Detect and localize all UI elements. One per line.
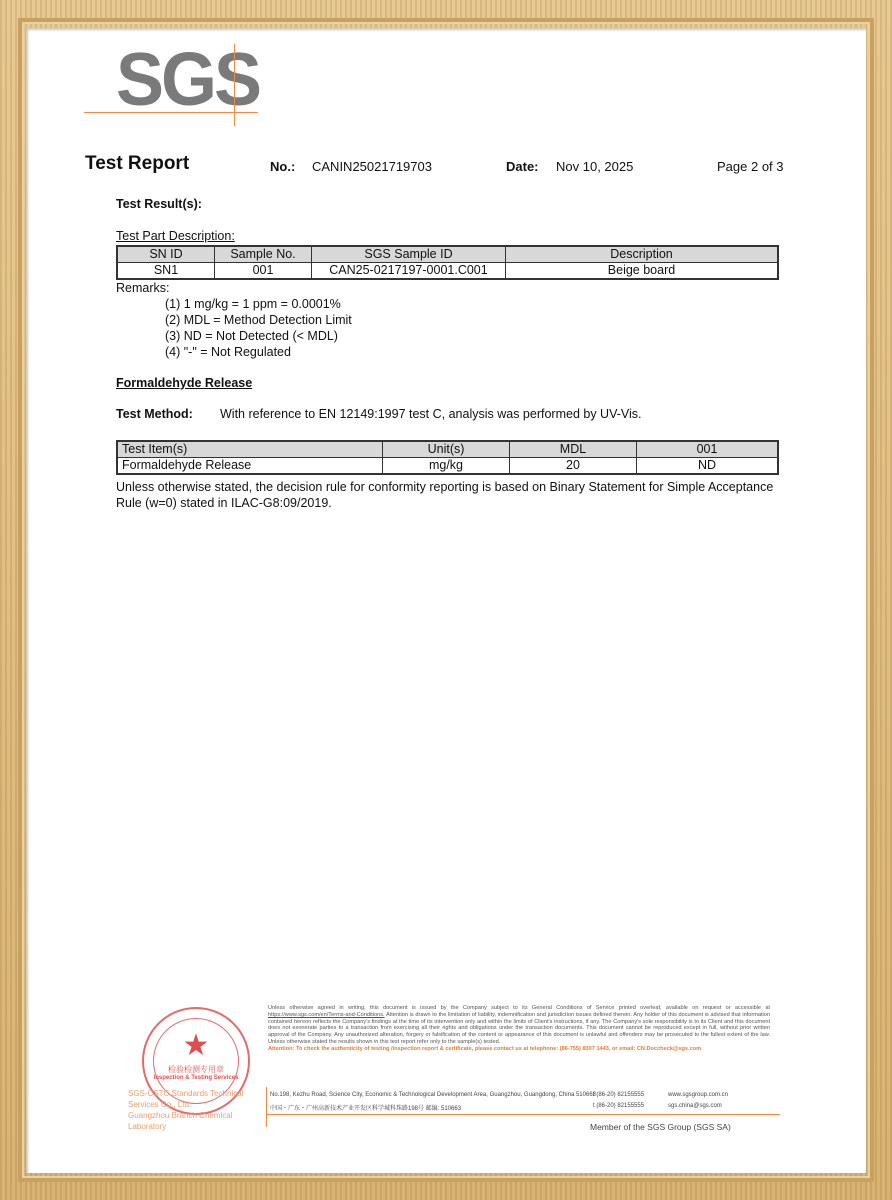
terms-link[interactable]: https://www.sgs.com/en/Terms-and-Conditi… xyxy=(268,1012,385,1018)
remark-item: (4) "-" = Not Regulated xyxy=(165,344,352,360)
disclaimer: Unless otherwise agreed in writing, this… xyxy=(268,1005,770,1053)
test-method-text: With reference to EN 12149:1997 test C, … xyxy=(220,407,642,421)
report-number: CANIN25021719703 xyxy=(312,159,432,174)
logo-vertical-line xyxy=(234,44,235,126)
member-statement: Member of the SGS Group (SGS SA) xyxy=(590,1122,731,1132)
remarks-list: (1) 1 mg/kg = 1 ppm = 0.0001% (2) MDL = … xyxy=(165,296,352,360)
report-date: Nov 10, 2025 xyxy=(556,159,633,174)
star-icon: ★ xyxy=(144,1031,248,1061)
attention-notice: Attention: To check the authenticity of … xyxy=(268,1046,770,1053)
remark-item: (1) 1 mg/kg = 1 ppm = 0.0001% xyxy=(165,296,352,312)
phone-2: t (86-20) 82155555 xyxy=(593,1103,644,1109)
phone-1: t (86-20) 82155555 xyxy=(593,1092,644,1098)
decision-rule-text: Unless otherwise stated, the decision ru… xyxy=(116,479,796,511)
sgs-sample-id-cell: CAN25-0217197-0001.C001 xyxy=(312,263,506,280)
company-line-1: SGS-CSTC Standards Technical Services Co… xyxy=(128,1088,268,1110)
column-header: Unit(s) xyxy=(383,441,510,458)
test-method-label: Test Method: xyxy=(116,407,193,421)
test-results-heading: Test Result(s): xyxy=(116,197,202,211)
table-header-row: SN ID Sample No. SGS Sample ID Descripti… xyxy=(117,246,778,263)
disclaimer-text: Unless otherwise agreed in writing, this… xyxy=(268,1005,770,1011)
column-header: MDL xyxy=(510,441,637,458)
footer-vertical-line xyxy=(266,1087,267,1127)
result-cell: ND xyxy=(637,458,779,475)
company-name: SGS-CSTC Standards Technical Services Co… xyxy=(128,1088,268,1132)
test-part-table: SN ID Sample No. SGS Sample ID Descripti… xyxy=(116,245,779,280)
sample-no-cell: 001 xyxy=(215,263,312,280)
column-header: SGS Sample ID xyxy=(312,246,506,263)
sgs-logo: SGS xyxy=(116,42,259,118)
test-item-cell: Formaldehyde Release xyxy=(117,458,383,475)
report-title: Test Report xyxy=(85,153,189,175)
table-header-row: Test Item(s) Unit(s) MDL 001 xyxy=(117,441,778,458)
address-chinese: 中国・广东・广州高新技术产业开发区科学城科珠路198号 邮编: 510663 xyxy=(270,1103,461,1112)
company-line-2: Guangzhou Branch Chemical Laboratory xyxy=(128,1110,268,1132)
remarks-label: Remarks: xyxy=(116,281,169,295)
table-row: SN1 001 CAN25-0217197-0001.C001 Beige bo… xyxy=(117,263,778,280)
section-title: Formaldehyde Release xyxy=(116,376,252,390)
page-number: Page 2 of 3 xyxy=(717,159,784,174)
sn-id-cell: SN1 xyxy=(117,263,215,280)
stamp-english-text: Inspection & Testing Services xyxy=(144,1075,248,1081)
remark-item: (2) MDL = Method Detection Limit xyxy=(165,312,352,328)
unit-cell: mg/kg xyxy=(383,458,510,475)
column-header: Description xyxy=(506,246,779,263)
remark-item: (3) ND = Not Detected (< MDL) xyxy=(165,328,352,344)
report-date-label: Date: xyxy=(506,159,539,174)
description-cell: Beige board xyxy=(506,263,779,280)
website[interactable]: www.sgsgroup.com.cn xyxy=(668,1092,728,1098)
column-header: Sample No. xyxy=(215,246,312,263)
mdl-cell: 20 xyxy=(510,458,637,475)
column-header: Test Item(s) xyxy=(117,441,383,458)
test-part-description-label: Test Part Description: xyxy=(116,229,235,243)
column-header: 001 xyxy=(637,441,779,458)
footer-horizontal-line xyxy=(266,1114,780,1115)
stamp-chinese-text: 检验检测专用章 xyxy=(144,1064,248,1075)
results-table: Test Item(s) Unit(s) MDL 001 Formaldehyd… xyxy=(116,440,779,475)
column-header: SN ID xyxy=(117,246,215,263)
table-row: Formaldehyde Release mg/kg 20 ND xyxy=(117,458,778,475)
report-number-label: No.: xyxy=(270,159,295,174)
logo-horizontal-line xyxy=(84,112,258,113)
address-english: No.198, Kezhu Road, Science City, Econom… xyxy=(270,1092,596,1098)
email[interactable]: sgs.china@sgs.com xyxy=(668,1103,722,1109)
